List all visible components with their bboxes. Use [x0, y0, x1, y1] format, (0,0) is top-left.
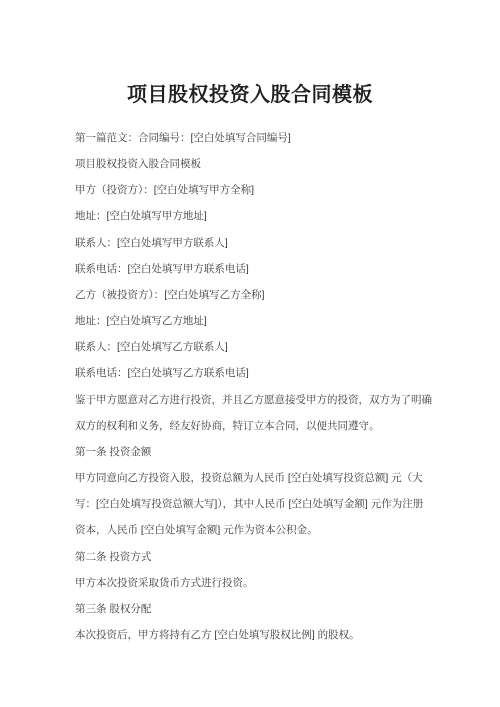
document-line-party-a-phone: 联系电话：[空白处填写甲方联系电话]	[75, 256, 460, 282]
document-line-preamble-2: 双方的权利和义务，经友好协商，特订立本合同，以便共同遵守。	[75, 413, 460, 439]
document-line-party-a-address: 地址：[空白处填写甲方地址]	[75, 203, 460, 229]
document-line-preamble-1: 鉴于甲方愿意对乙方进行投资，并且乙方愿意接受甲方的投资，双方为了明确	[75, 387, 460, 413]
document-line-party-b-phone: 联系电话：[空白处填写乙方联系电话]	[75, 360, 460, 386]
document-line-party-b-contact: 联系人：[空白处填写乙方联系人]	[75, 334, 460, 360]
document-line-party-b: 乙方（被投资方）：[空白处填写乙方全称]	[75, 282, 460, 308]
document-body: 第一篇范文：合同编号：[空白处填写合同编号] 项目股权投资入股合同模板 甲方（投…	[0, 125, 500, 648]
document-line-subtitle: 项目股权投资入股合同模板	[75, 151, 460, 177]
document-line-article-1-text-1: 甲方同意向乙方投资入股，投资总额为人民币 [空白处填写投资总额] 元（大	[75, 465, 460, 491]
document-line-party-a: 甲方（投资方）：[空白处填写甲方全称]	[75, 177, 460, 203]
document-line-article-2-text: 甲方本次投资采取货币方式进行投资。	[75, 570, 460, 596]
document-line-party-a-contact: 联系人：[空白处填写甲方联系人]	[75, 230, 460, 256]
document-line-article-1-text-2: 写：[空白处填写投资总额大写]），其中人民币 [空白处填写金额] 元作为注册	[75, 491, 460, 517]
document-heading-article-1: 第一条 投资金额	[75, 439, 460, 465]
document-line-article-3-text: 本次投资后，甲方将持有乙方 [空白处填写股权比例] 的股权。	[75, 622, 460, 648]
document-line-contract-number: 第一篇范文：合同编号：[空白处填写合同编号]	[75, 125, 460, 151]
document-line-party-b-address: 地址：[空白处填写乙方地址]	[75, 308, 460, 334]
document-title: 项目股权投资入股合同模板	[0, 0, 500, 109]
document-line-article-1-text-3: 资本，人民币 [空白处填写金额] 元作为资本公积金。	[75, 517, 460, 543]
document-page: 项目股权投资入股合同模板 第一篇范文：合同编号：[空白处填写合同编号] 项目股权…	[0, 0, 500, 707]
document-heading-article-3: 第三条 股权分配	[75, 596, 460, 622]
document-heading-article-2: 第二条 投资方式	[75, 544, 460, 570]
